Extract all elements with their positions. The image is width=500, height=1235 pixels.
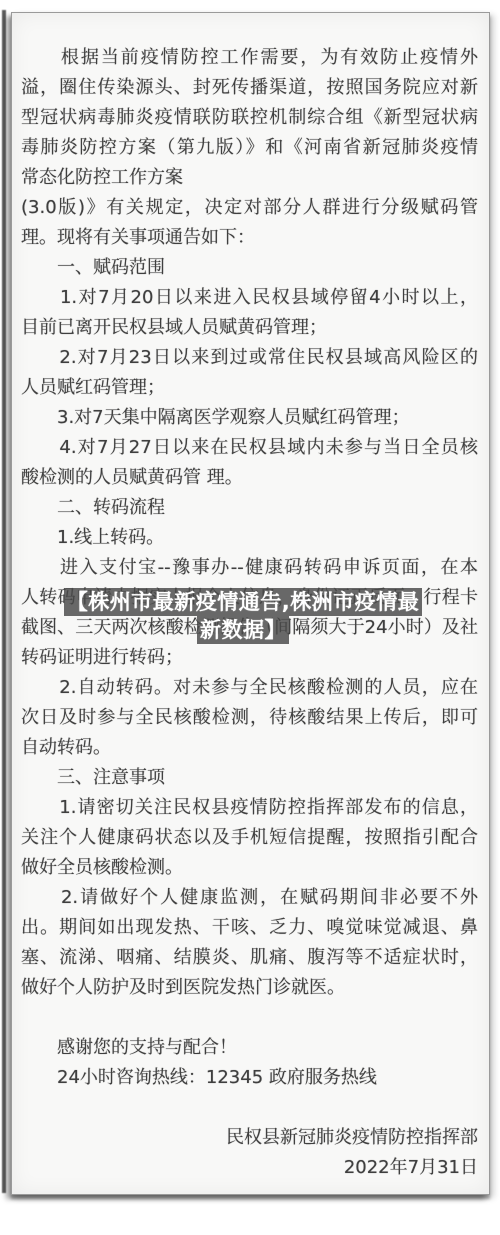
notice-line: 目前已离开民权县域人员赋黄码管理； [21, 313, 478, 343]
screenshot-root: { "colors": { "page_bg": "#ffffff", "car… [0, 0, 500, 1235]
notice-line: 塞、流涕、咽痛、结膜炎、肌痛、腹泻等不适症状时， [21, 943, 478, 973]
notice-line: 关注个人健康码状态以及手机短信提醒，按照指引配合 [21, 823, 478, 853]
notice-line: 2.自动转码。对未参与全民核酸检测的人员，应在 [21, 673, 478, 703]
caption-overlay: 【株州市最新疫情通告,株洲市疫情最新数据】 [63, 588, 423, 644]
notice-line: 4.对7月27日以来在民权县域内未参与当日全员核 [21, 433, 478, 463]
caption-text: 【株州市最新疫情通告,株洲市疫情最新数据】 [64, 588, 422, 644]
notice-line [21, 1003, 478, 1033]
notice-line: 2.请做好个人健康监测，在赋码期间非必要不外 [21, 883, 478, 913]
notice-line: 一、赋码范围 [21, 253, 478, 283]
notice-line: 毒肺炎防控方案（第九版）》和《河南省新冠肺炎疫情 [21, 133, 478, 163]
notice-line: 民权县新冠肺炎疫情防控指挥部 [21, 1123, 478, 1153]
notice-line: 进入支付宝--豫事办--健康码转码申诉页面，在本 [21, 553, 478, 583]
notice-line: 2.对7月23日以来到过或常住民权县域高风险区的 [21, 343, 478, 373]
notice-line: 三、注意事项 [21, 763, 478, 793]
notice-line: 次日及时参与全民核酸检测，待核酸结果上传后，即可 [21, 703, 478, 733]
notice-line: 出。期间如出现发热、干咳、乏力、嗅觉味觉减退、鼻 [21, 913, 478, 943]
notice-line: 感谢您的支持与配合！ [21, 1033, 478, 1063]
notice-line: 理。现将有关事项通告如下： [21, 223, 478, 253]
notice-line: 溢，圈住传染源头、封死传播渠道，按照国务院应对新 [21, 73, 478, 103]
notice-line: 1.请密切关注民权县疫情防控指挥部发布的信息， [21, 793, 478, 823]
notice-line: 1.对7月20日以来进入民权县域停留4小时以上， [21, 283, 478, 313]
notice-line: 常态化防控工作方案 [21, 163, 478, 193]
notice-line: (3.0版)》有关规定，决定对部分人群进行分级赋码管 [21, 193, 478, 223]
notice-line: 做好个人防护及时到医院发热门诊就医。 [21, 973, 478, 1003]
notice-line: 人员赋红码管理； [21, 373, 478, 403]
notice-line: 2022年7月31日 [21, 1153, 478, 1183]
notice-line: 做好全员核酸检测。 [21, 853, 478, 883]
photo-edge-strip [2, 10, 6, 1193]
notice-line: 根据当前疫情防控工作需要，为有效防止疫情外 [21, 43, 478, 73]
notice-line: 1.线上转码。 [21, 523, 478, 553]
notice-line: 转码证明进行转码； [21, 643, 478, 673]
notice-line: 二、转码流程 [21, 493, 478, 523]
notice-line [21, 1093, 478, 1123]
notice-line: 24小时咨询热线：12345 政府服务热线 [21, 1063, 478, 1093]
notice-line: 自动转码。 [21, 733, 478, 763]
notice-line: 3.对7天集中隔离医学观察人员赋红码管理； [21, 403, 478, 433]
notice-line: 型冠状病毒肺炎疫情联防联控机制综合组《新型冠状病 [21, 103, 478, 133]
notice-line: 酸检测的人员赋黄码管 理。 [21, 463, 478, 493]
